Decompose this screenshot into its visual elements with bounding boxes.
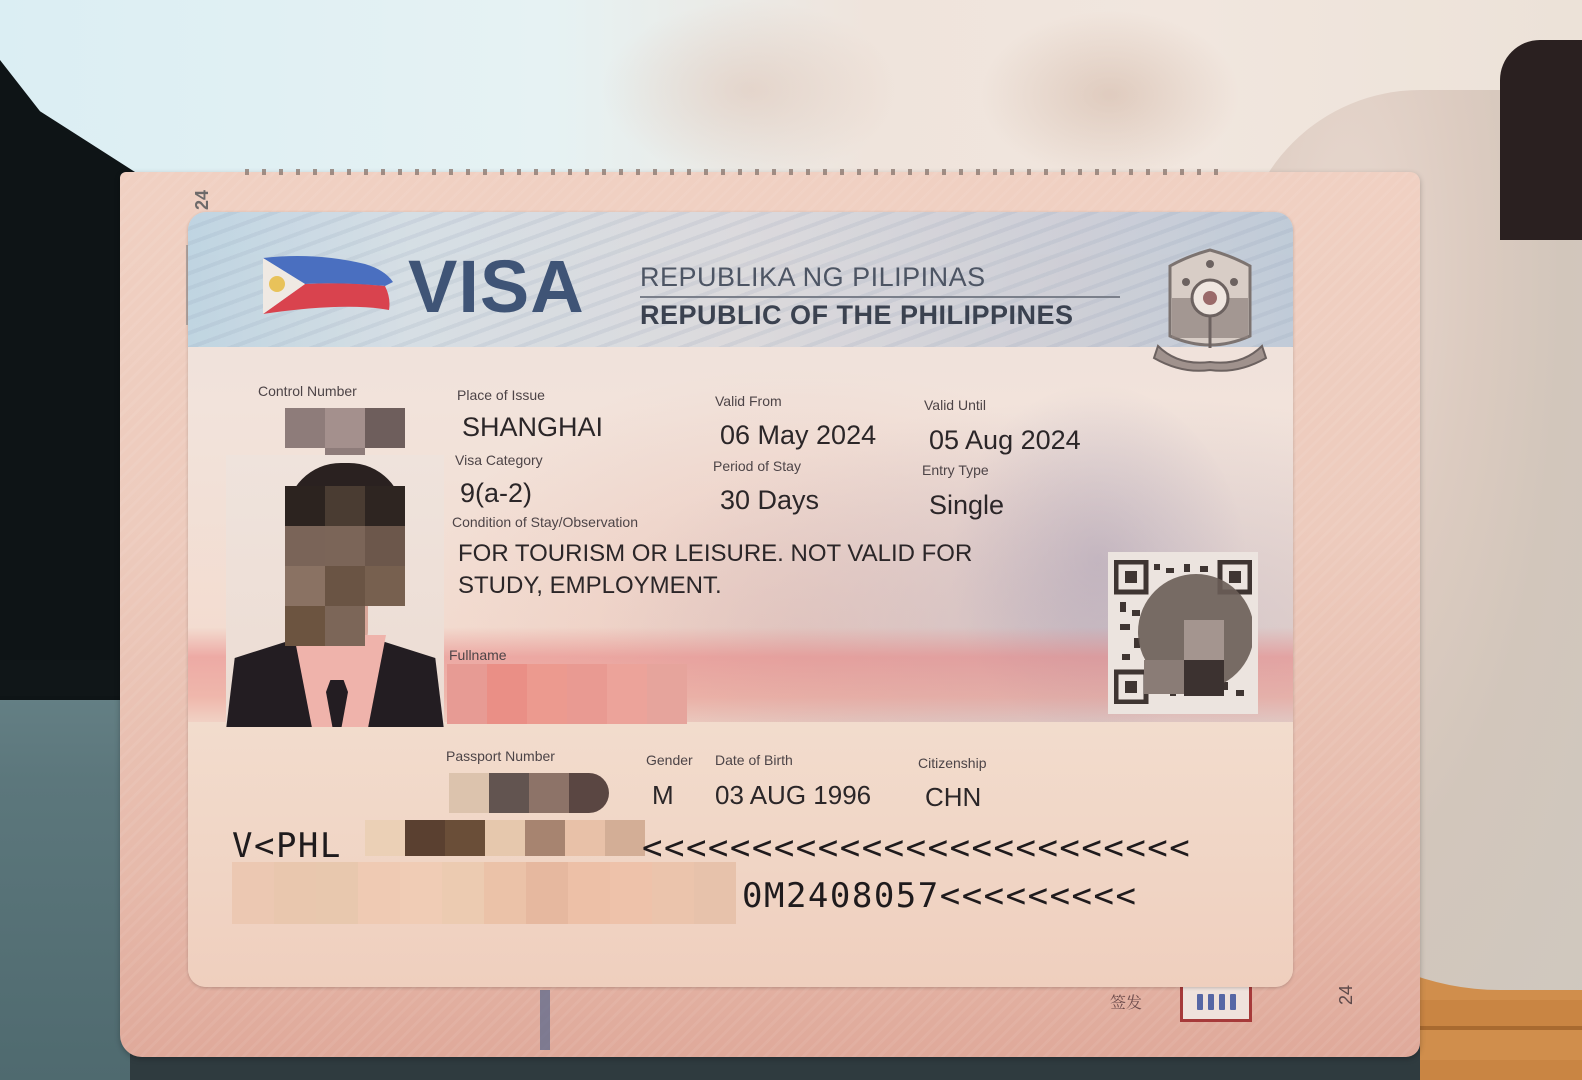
passport-number-redacted (449, 773, 609, 813)
page-number-bottom: 24 (1336, 985, 1357, 1005)
passport-number-label: Passport Number (446, 748, 555, 764)
face-redacted (285, 486, 405, 646)
page-perforation (245, 169, 1225, 175)
valid-from-label: Valid From (715, 393, 782, 409)
control-number-redacted (285, 408, 405, 456)
valid-until-label: Valid Until (924, 397, 986, 413)
mrz-line-2-visible: 0M2408057<<<<<<<<< (742, 876, 1137, 916)
place-of-issue-label: Place of Issue (457, 387, 545, 403)
period-of-stay-label: Period of Stay (713, 458, 801, 474)
condition-line-2: STUDY, EMPLOYMENT. (458, 572, 722, 600)
qr-code-icon (1114, 560, 1252, 704)
valid-from-value: 06 May 2024 (720, 420, 876, 451)
valid-until-value: 05 Aug 2024 (929, 425, 1081, 456)
marble-vein (980, 10, 1240, 180)
date-of-birth-value: 03 AUG 1996 (715, 780, 871, 811)
security-stripe (540, 990, 550, 1050)
visa-title: VISA (408, 250, 585, 324)
coat-of-arms-icon (1148, 246, 1272, 376)
visa-category-label: Visa Category (455, 452, 543, 468)
control-number-label: Control Number (258, 383, 357, 399)
security-marker (1180, 985, 1252, 1022)
visa-category-value: 9(a-2) (460, 478, 532, 509)
citizenship-value: CHN (925, 782, 981, 813)
fullname-label: Fullname (449, 647, 507, 663)
entry-type-label: Entry Type (922, 462, 989, 478)
mrz-line-1-prefix: V<PHL (232, 826, 342, 866)
condition-line-1: FOR TOURISM OR LEISURE. NOT VALID FOR (458, 540, 972, 568)
background-dark-object (1500, 40, 1582, 240)
marble-vein (600, 0, 900, 180)
entry-type-value: Single (929, 490, 1004, 521)
gender-value: M (652, 780, 674, 811)
condition-label: Condition of Stay/Observation (452, 514, 638, 530)
gender-label: Gender (646, 752, 693, 768)
mrz-line-1-redacted (365, 820, 645, 856)
citizenship-label: Citizenship (918, 755, 986, 771)
page-number-top: 24 (192, 190, 213, 210)
philippine-flag-icon (255, 252, 395, 318)
place-of-issue-value: SHANGHAI (462, 412, 603, 443)
issuer-name-local: REPUBLIKA NG PILIPINAS (640, 262, 986, 293)
header-divider (640, 296, 1120, 298)
background-strap (0, 660, 120, 696)
period-of-stay-value: 30 Days (720, 485, 819, 516)
mrz-line-2-redacted (232, 862, 736, 924)
fullname-redacted (447, 664, 687, 724)
issuer-name-english: REPUBLIC OF THE PHILIPPINES (640, 300, 1074, 331)
date-of-birth-label: Date of Birth (715, 752, 793, 768)
bottom-page-text: 签发 (1110, 990, 1142, 1013)
